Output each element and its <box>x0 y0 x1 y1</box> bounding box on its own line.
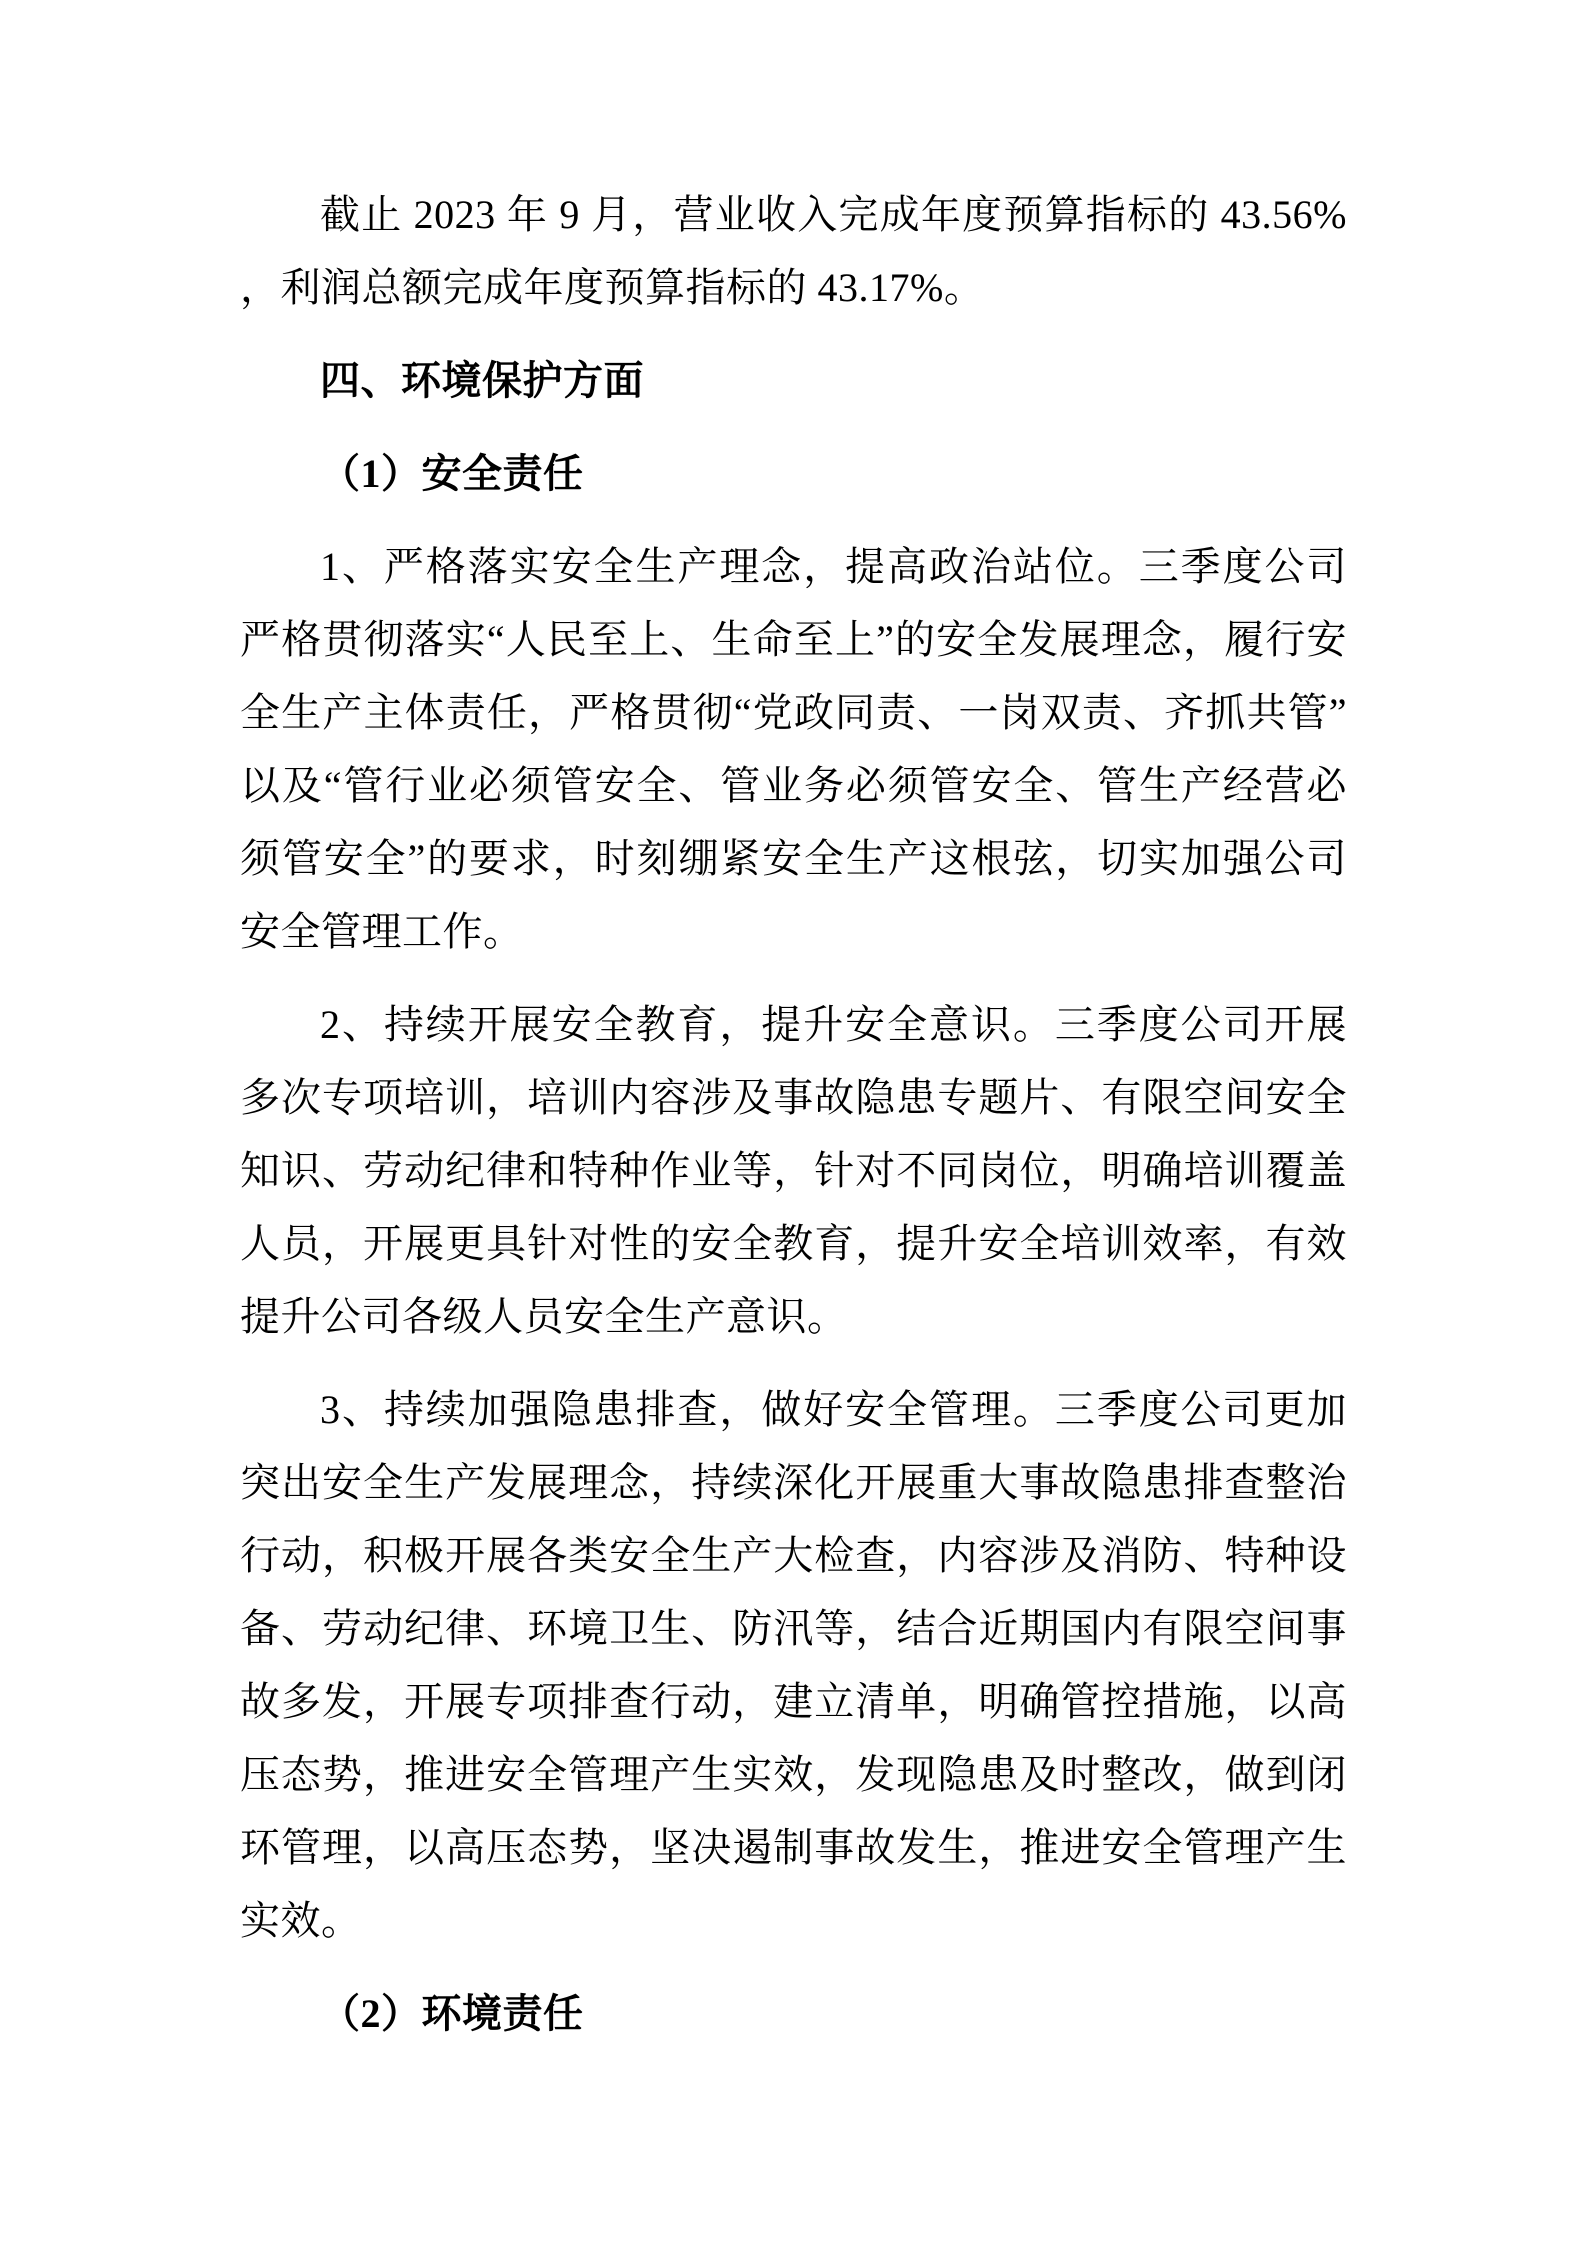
paragraph-safety-item-3: 3、持续加强隐患排查，做好安全管理。三季度公司更加突出安全生产发展理念，持续深化… <box>240 1373 1347 1957</box>
heading-sub-safety-responsibility: （1）安全责任 <box>240 437 1347 510</box>
heading-sub-environment-responsibility: （2）环境责任 <box>240 1977 1347 2050</box>
paragraph-budget-completion: 截止 2023 年 9 月，营业收入完成年度预算指标的 43.56%，利润总额完… <box>240 178 1347 324</box>
document-page: 截止 2023 年 9 月，营业收入完成年度预算指标的 43.56%，利润总额完… <box>0 0 1587 2245</box>
paragraph-safety-item-1: 1、严格落实安全生产理念，提高政治站位。三季度公司严格贯彻落实“人民至上、生命至… <box>240 530 1347 968</box>
paragraph-safety-item-2: 2、持续开展安全教育，提升安全意识。三季度公司开展多次专项培训，培训内容涉及事故… <box>240 988 1347 1353</box>
heading-section-environment-protection: 四、环境保护方面 <box>240 344 1347 417</box>
